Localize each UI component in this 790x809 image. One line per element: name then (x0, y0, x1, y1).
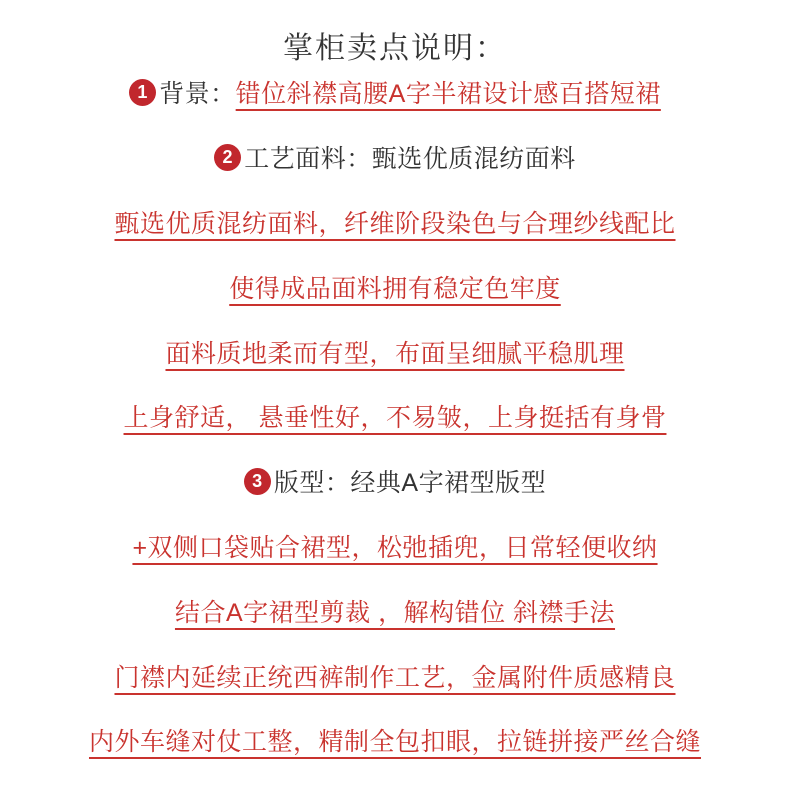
selling-points-list: 1 背景： 错位斜襟高腰A字半裙设计感百搭短裙 2 工艺面料：甄选优质混纺面料 … (0, 60, 790, 773)
point-label: 工艺面料：甄选优质混纺面料 (244, 139, 576, 175)
highlight-line: 使得成品面料拥有稳定色牢度 (0, 254, 790, 319)
highlight-line: 内外车缝对仗工整，精制全包扣眼，拉链拼接严丝合缝 (0, 708, 790, 773)
number-badge-2-icon: 2 (214, 144, 241, 171)
highlight-text: 面料质地柔而有型，布面呈细腻平稳肌理 (165, 334, 624, 370)
highlight-line: 面料质地柔而有型，布面呈细腻平稳肌理 (0, 319, 790, 384)
product-description-panel: 掌柜卖点说明： 1 背景： 错位斜襟高腰A字半裙设计感百搭短裙 2 工艺面料：甄… (0, 0, 790, 809)
highlight-text: +双侧口袋贴合裙型，松弛插兜，日常轻便收纳 (132, 528, 657, 564)
page-title: 掌柜卖点说明： (0, 0, 790, 42)
highlight-line: 甄选优质混纺面料，纤维阶段染色与合理纱线配比 (0, 190, 790, 255)
point-label: 背景： (159, 74, 236, 110)
selling-point-cut: 3 版型：经典A字裙型版型 (0, 449, 790, 514)
highlight-text: 结合A字裙型剪裁 ，解构错位 斜襟手法 (175, 593, 615, 629)
highlight-text: 甄选优质混纺面料，纤维阶段染色与合理纱线配比 (114, 204, 675, 240)
highlight-text: 门襟内延续正统西裤制作工艺，金属附件质感精良 (114, 658, 675, 694)
point-label: 版型：经典A字裙型版型 (274, 463, 546, 499)
highlight-text: 内外车缝对仗工整，精制全包扣眼，拉链拼接严丝合缝 (89, 722, 701, 758)
highlight-text: 错位斜襟高腰A字半裙设计感百搭短裙 (236, 74, 661, 110)
number-badge-1-icon: 1 (129, 79, 156, 106)
highlight-line: 结合A字裙型剪裁 ，解构错位 斜襟手法 (0, 578, 790, 643)
highlight-text: 使得成品面料拥有稳定色牢度 (229, 269, 561, 305)
highlight-line: +双侧口袋贴合裙型，松弛插兜，日常轻便收纳 (0, 514, 790, 579)
selling-point-fabric: 2 工艺面料：甄选优质混纺面料 (0, 125, 790, 190)
highlight-line: 上身舒适， 悬垂性好，不易皱，上身挺括有身骨 (0, 384, 790, 449)
number-badge-3-icon: 3 (244, 468, 271, 495)
highlight-text: 上身舒适， 悬垂性好，不易皱，上身挺括有身骨 (124, 398, 667, 434)
highlight-line: 门襟内延续正统西裤制作工艺，金属附件质感精良 (0, 643, 790, 708)
